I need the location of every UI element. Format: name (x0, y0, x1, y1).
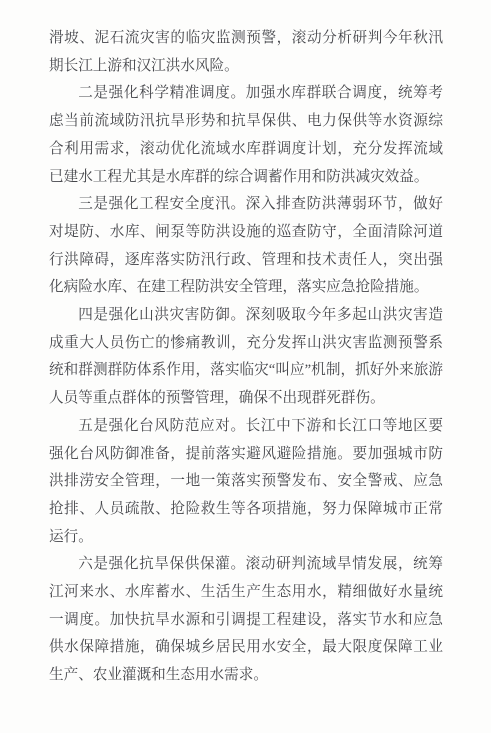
document-page: 滑坡、泥石流灾害的临灾监测预警，滚动分析研判今年秋汛期长江上游和汉江洪水风险。 … (0, 0, 491, 733)
paragraph-point-5-typhoon-response: 五是强化台风防范应对。长江中下游和长江口等地区要强化台风防御准备，提前落实避风避… (49, 413, 443, 552)
document-text-block: 滑坡、泥石流灾害的临灾监测预警，滚动分析研判今年秋汛期长江上游和汉江洪水风险。 … (49, 25, 443, 690)
paragraph-continuation: 滑坡、泥石流灾害的临灾监测预警，滚动分析研判今年秋汛期长江上游和汉江洪水风险。 (49, 25, 443, 80)
paragraph-point-2-science-dispatch: 二是强化科学精准调度。加强水库群联合调度，统筹考虑当前流域防汛抗旱形势和抗旱保供… (49, 80, 443, 191)
paragraph-point-6-drought-water-supply: 六是强化抗旱保供保灌。滚动研判流域旱情发展，统筹江河来水、水库蓄水、生活生产生态… (49, 551, 443, 690)
paragraph-point-4-flash-flood-defense: 四是强化山洪灾害防御。深刻吸取今年多起山洪灾害造成重大人员伤亡的惨痛教训，充分发… (49, 302, 443, 413)
paragraph-point-3-engineering-safety: 三是强化工程安全度汛。深入排查防洪薄弱环节，做好对堤防、水库、闸泵等防洪设施的巡… (49, 191, 443, 302)
